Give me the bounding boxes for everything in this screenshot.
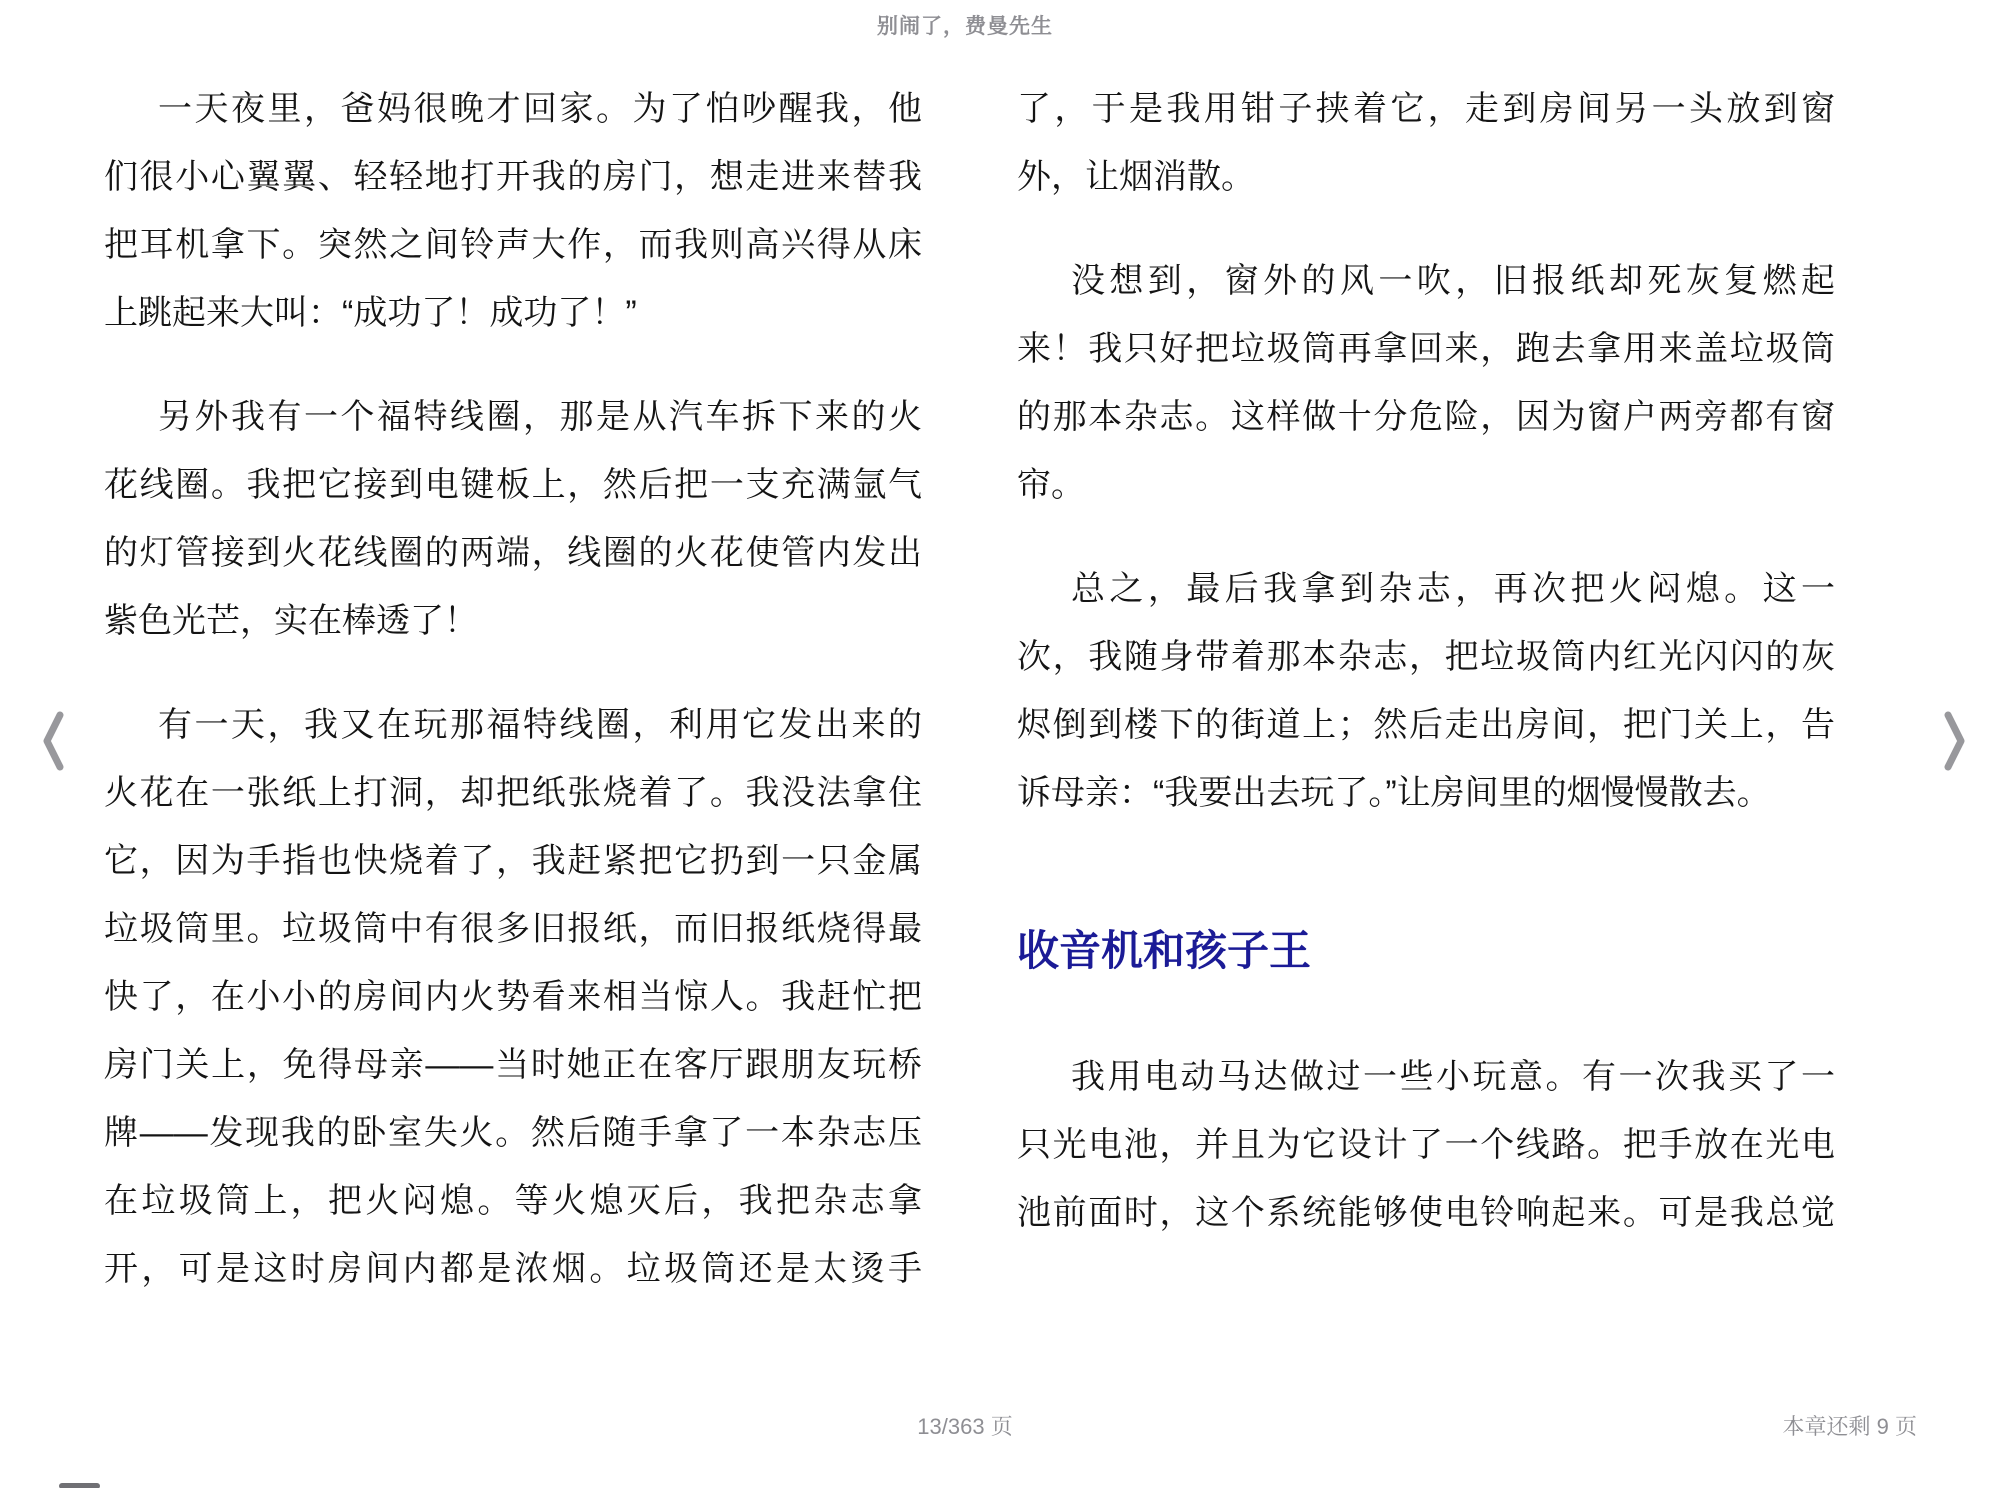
paragraph: 一天夜里，爸妈很晚才回家。为了怕吵醒我，他们很小心翼翼、轻轻地打开我的房门，想走… [104,75,922,347]
text-line: 帘。 [1017,451,1835,519]
text-line: 把耳机拿下。突然之间铃声大作，而我则高兴得从床 [104,211,922,279]
text-line: 垃圾筒里。垃圾筒中有很多旧报纸，而旧报纸烧得最 [104,895,922,963]
text-line: 的灯管接到火花线圈的两端，线圈的火花使管内发出 [104,519,922,587]
paragraph: 没想到，窗外的风一吹，旧报纸却死灰复燃起来！我只好把垃圾筒再拿回来，跑去拿用来盖… [1017,247,1835,519]
paragraph: 有一天，我又在玩那福特线圈，利用它发出来的火花在一张纸上打洞，却把纸张烧着了。我… [104,691,922,1303]
chevron-right-icon [1942,709,1968,773]
text-line: 们很小心翼翼、轻轻地打开我的房门，想走进来替我 [104,143,922,211]
text-line: 一天夜里，爸妈很晚才回家。为了怕吵醒我，他 [104,75,922,143]
paragraph: 了，于是我用钳子挟着它，走到房间另一头放到窗外，让烟消散。 [1017,75,1835,211]
text-line: 没想到，窗外的风一吹，旧报纸却死灰复燃起 [1017,247,1835,315]
book-title: 别闹了，费曼先生 [0,12,1930,42]
text-line: 火花在一张纸上打洞，却把纸张烧着了。我没法拿住 [104,759,922,827]
paragraph: 我用电动马达做过一些小玩意。有一次我买了一只光电池，并且为它设计了一个线路。把手… [1017,1043,1835,1247]
text-line: 有一天，我又在玩那福特线圈，利用它发出来的 [104,691,922,759]
text-line: 诉母亲：“我要出去玩了。”让房间里的烟慢慢散去。 [1017,759,1835,827]
text-line: 开，可是这时房间内都是浓烟。垃圾筒还是太烫手 [104,1235,922,1303]
previous-page-button[interactable] [40,709,66,773]
section-heading: 收音机和孩子王 [1017,921,1835,981]
text-line: 快了，在小小的房间内火势看来相当惊人。我赶忙把 [104,963,922,1031]
text-line: 的那本杂志。这样做十分危险，因为窗户两旁都有窗 [1017,383,1835,451]
text-line: 紫色光芒，实在棒透了！ [104,587,922,655]
text-column-right: 了，于是我用钳子挟着它，走到房间另一头放到窗外，让烟消散。没想到，窗外的风一吹，… [1017,75,1835,1247]
text-line: 总之，最后我拿到杂志，再次把火闷熄。这一 [1017,555,1835,623]
paragraph: 另外我有一个福特线圈，那是从汽车拆下来的火花线圈。我把它接到电键板上，然后把一支… [104,383,922,655]
text-line: 外，让烟消散。 [1017,143,1835,211]
text-line: 次，我随身带着那本杂志，把垃圾筒内红光闪闪的灰 [1017,623,1835,691]
text-line: 来！我只好把垃圾筒再拿回来，跑去拿用来盖垃圾筒 [1017,315,1835,383]
text-line: 它，因为手指也快烧着了，我赶紧把它扔到一只金属 [104,827,922,895]
text-line: 另外我有一个福特线圈，那是从汽车拆下来的火 [104,383,922,451]
chapter-pages-remaining: 本章还剩 9 页 [1783,1414,1917,1440]
text-line: 烬倒到楼下的街道上；然后走出房间，把门关上，告 [1017,691,1835,759]
next-page-button[interactable] [1942,709,1968,773]
text-column-left: 一天夜里，爸妈很晚才回家。为了怕吵醒我，他们很小心翼翼、轻轻地打开我的房门，想走… [104,75,922,1303]
text-line: 我用电动马达做过一些小玩意。有一次我买了一 [1017,1043,1835,1111]
text-line: 只光电池，并且为它设计了一个线路。把手放在光电 [1017,1111,1835,1179]
page-indicator: 13/363 页 [0,1414,1930,1440]
text-line: 花线圈。我把它接到电键板上，然后把一支充满氩气 [104,451,922,519]
text-line: 在垃圾筒上，把火闷熄。等火熄灭后，我把杂志拿 [104,1167,922,1235]
text-line: 了，于是我用钳子挟着它，走到房间另一头放到窗 [1017,75,1835,143]
paragraph: 总之，最后我拿到杂志，再次把火闷熄。这一次，我随身带着那本杂志，把垃圾筒内红光闪… [1017,555,1835,827]
text-line: 牌——发现我的卧室失火。然后随手拿了一本杂志压 [104,1099,922,1167]
bottom-left-handle[interactable] [59,1483,100,1488]
chevron-left-icon [40,709,66,773]
text-line: 房门关上，免得母亲——当时她正在客厅跟朋友玩桥 [104,1031,922,1099]
text-line: 池前面时，这个系统能够使电铃响起来。可是我总觉 [1017,1179,1835,1247]
text-line: 上跳起来大叫：“成功了！成功了！” [104,279,922,347]
